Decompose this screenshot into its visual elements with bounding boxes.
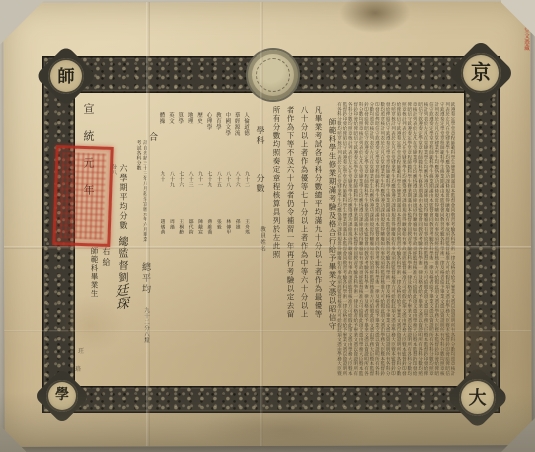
- border-band-right: [464, 56, 500, 413]
- total-average-value: 九十二分八釐: [143, 307, 149, 343]
- faint-mark-1: 玨: [78, 346, 84, 355]
- grade-table-header: 學科 分數 敎員姓名: [252, 112, 266, 270]
- score-cell: 九十二: [241, 165, 250, 216]
- corner-badge-shi: 師: [44, 54, 88, 98]
- grade-columns: 人倫道德九十二王舟瑤羣經源流八十六孫雄中國文學八十八林傳甲敎育學八十五張毅心理學…: [156, 112, 250, 270]
- summary-heading: 合: [149, 130, 158, 143]
- subject-cell: 地理: [184, 112, 193, 165]
- grantee-line: 師範科畢業生: [89, 247, 100, 317]
- score-cell: 八十六: [231, 165, 240, 216]
- rule-column: 所有分數均照奏定章程核算具列於左此照: [268, 106, 280, 378]
- teacher-cell: 周藻: [165, 215, 174, 270]
- teacher-cell: 鄒代鈞: [184, 215, 193, 270]
- subject-cell: 羣經源流: [231, 112, 240, 165]
- faint-mark-2: 珞: [75, 364, 81, 373]
- teacher-cell: 張毅: [212, 215, 221, 270]
- grade-column: 心理學七十九蔣維喬: [203, 112, 212, 270]
- grant-word: 右給: [101, 247, 112, 281]
- grade-column: 英文八十九周藻: [165, 112, 174, 270]
- subject-cell: 敎育學: [212, 112, 221, 165]
- score-cell: 八十八: [222, 165, 231, 216]
- teacher-cell: 王桐齡: [175, 215, 184, 270]
- score-header: 分數: [255, 174, 266, 194]
- corner-char-shi: 師: [58, 68, 75, 85]
- red-official-seal: [52, 145, 113, 247]
- teacher-cell: 蔣維喬: [203, 215, 212, 270]
- fine-print-text: 欽遵奏定學堂章程師範科學生修業期滿由本監督會同敎習考驗各科學術一律及格者給予畢業…: [336, 102, 456, 378]
- rule-column: 八十分以上者作為優等七十分以上者作為中等六十分以上: [296, 106, 308, 378]
- teacher-cell: 林傳甲: [222, 215, 231, 270]
- teacher-cell: 陳黻宸: [194, 215, 203, 270]
- total-average: 總平均 九十二分八釐: [136, 262, 153, 362]
- grade-column: 羣經源流八十六孫雄: [231, 112, 240, 270]
- top-center-rosette-emblem: [248, 50, 298, 100]
- grade-column: 敎育學八十五張毅: [212, 112, 221, 270]
- corner-char-da: 大: [469, 389, 487, 407]
- subject-header: 學科: [255, 126, 266, 146]
- corner-char-jing: 京: [471, 63, 491, 83]
- border-band-bottom: [42, 386, 500, 413]
- photograph-of-diploma: 師 京 學 大 欽遵奏定學堂章程師範科學生修業期滿由本監督會同敎習考驗各科學術一…: [0, 0, 535, 452]
- subject-cell: 心理學: [203, 112, 212, 165]
- teacher-header: 敎員姓名: [258, 226, 266, 252]
- superintendent-signature: 廷琛: [110, 282, 132, 325]
- grade-column: 地理八十三鄒代鈞: [184, 112, 193, 270]
- grade-column: 中國文學八十八林傳甲: [222, 112, 231, 270]
- corner-badge-jing: 京: [457, 49, 505, 97]
- teacher-cell: 王舟瑤: [241, 215, 250, 270]
- total-average-label: 總平均: [141, 262, 151, 295]
- subject-cell: 英文: [165, 112, 174, 165]
- subject-cell: 人倫道德: [241, 112, 250, 165]
- score-cell: 八十九: [165, 165, 174, 216]
- grade-column: 歷史九十一陳黻宸: [194, 112, 203, 270]
- red-annotation-text: 京師大學堂文憑藏: [517, 3, 530, 63]
- score-cell: 七十九: [203, 165, 212, 216]
- subject-cell: 算學: [175, 112, 184, 165]
- score-cell: 七十六: [175, 165, 184, 216]
- score-cell: 八十五: [212, 165, 221, 216]
- rule-column: 師範科學生修業期滿考驗及格合行給予畢業文憑以昭信守: [324, 106, 336, 378]
- rule-column: 者作為下等不及六十分者仍令補習一年再行考驗以定去留: [282, 106, 294, 378]
- term-average-label: 六學期平均分數: [119, 164, 128, 231]
- subject-cell: 中國文學: [222, 112, 231, 165]
- summary-note: 計自光緒三十三年八月起至宣統元年六月畢業考試各科分數: [133, 140, 147, 244]
- rule-column: 凡畢業考試各學科分數總平均滿九十分以上者作為最優等: [310, 106, 322, 378]
- grade-column: 人倫道德九十二王舟瑤: [241, 112, 250, 270]
- corner-badge-da: 大: [455, 375, 500, 420]
- corner-char-xue: 學: [55, 389, 69, 403]
- grade-column: 算學七十六王桐齡: [175, 112, 184, 270]
- score-cell: 九十一: [194, 165, 203, 216]
- score-cell: 八十三: [184, 165, 193, 216]
- grade-table: 學科 分數 敎員姓名 人倫道德九十二王舟瑤羣經源流八十六孫雄中國文學八十八林傳甲…: [156, 112, 266, 270]
- corner-badge-xue: 學: [42, 376, 82, 416]
- rules-columns: 師範科學生修業期滿考驗及格合行給予畢業文憑以昭信守凡畢業考試各學科分數總平均滿九…: [266, 106, 336, 378]
- teacher-cell: 孫雄: [231, 215, 240, 270]
- subject-cell: 歷史: [194, 112, 203, 165]
